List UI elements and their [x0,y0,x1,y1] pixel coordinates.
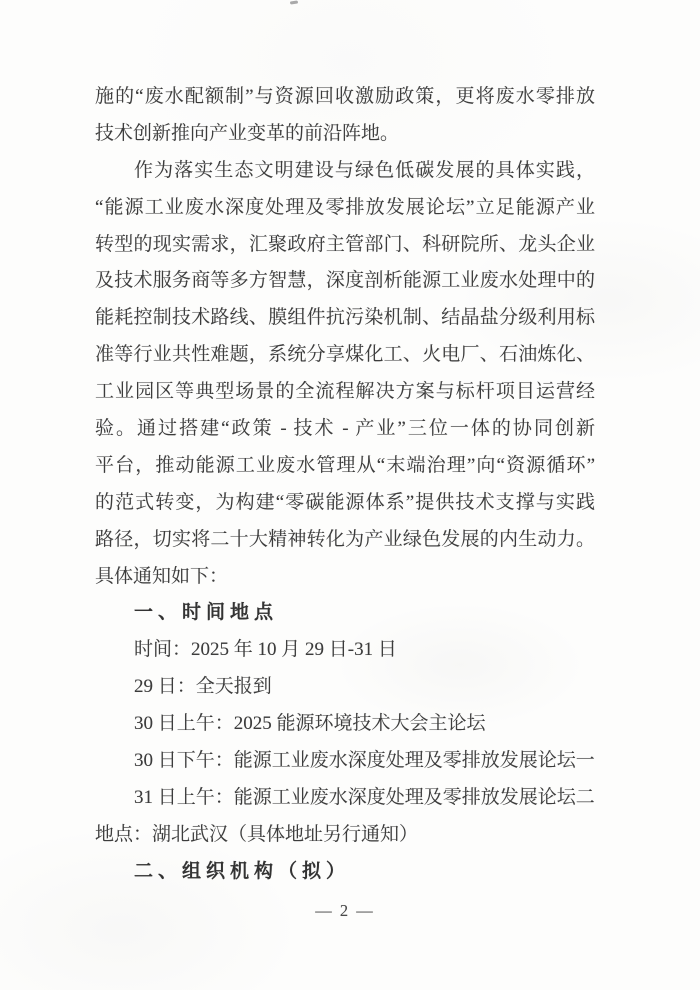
body-line: 验。通过搭建“政策 - 技术 - 产业”三位一体的协同创新 [95,411,595,448]
body-line: 的范式转变，为构建“零碳能源体系”提供技术支撑与实践 [95,485,595,522]
body-line: 准等行业共性难题，系统分享煤化工、火电厂、石油炼化、 [95,337,595,374]
schedule-line-date: 时间：2025 年 10 月 29 日-31 日 [95,632,595,669]
schedule-line-day30-pm: 30 日下午：能源工业废水深度处理及零排放发展论坛一 [95,743,595,780]
schedule-line-day29: 29 日：全天报到 [95,669,595,706]
body-line: 工业园区等典型场景的全流程解决方案与标杆项目运营经 [95,374,595,411]
body-line: 平台，推动能源工业废水管理从“末端治理”向“资源循环” [95,448,595,485]
body-line: 具体通知如下： [95,559,595,596]
body-line: 技术创新推向产业变革的前沿阵地。 [95,116,595,153]
body-line: 能耗控制技术路线、膜组件抗污染机制、结晶盐分级利用标 [95,300,595,337]
body-line: 转型的现实需求，汇聚政府主管部门、科研院所、龙头企业 [95,227,595,264]
schedule-line-day31-am: 31 日上午：能源工业废水深度处理及零排放发展论坛二 [95,780,595,817]
paragraph-first-line: 作为落实生态文明建设与绿色低碳发展的具体实践， [95,153,595,190]
body-line: 及技术服务商等多方智慧，深度剖析能源工业废水处理中的 [95,263,595,300]
body-line: “能源工业废水深度处理及零排放发展论坛”立足能源产业 [95,190,595,227]
schedule-line-location: 地点：湖北武汉（具体地址另行通知） [95,817,595,854]
scanned-document-page: 施的“废水配额制”与资源回收激励政策，更将废水零排放 技术创新推向产业变革的前沿… [0,0,700,990]
section-heading-time-place: 一、时间地点 [95,595,595,632]
body-line: 施的“废水配额制”与资源回收激励政策，更将废水零排放 [95,79,595,116]
scan-artifact [290,0,298,4]
document-body: 施的“废水配额制”与资源回收激励政策，更将废水零排放 技术创新推向产业变革的前沿… [95,79,595,891]
page-number: — 2 — [95,901,595,921]
schedule-line-day30-am: 30 日上午：2025 能源环境技术大会主论坛 [95,706,595,743]
section-heading-organization: 二、组织机构（拟） [95,854,595,891]
body-line: 路径，切实将二十大精神转化为产业绿色发展的内生动力。 [95,522,595,559]
